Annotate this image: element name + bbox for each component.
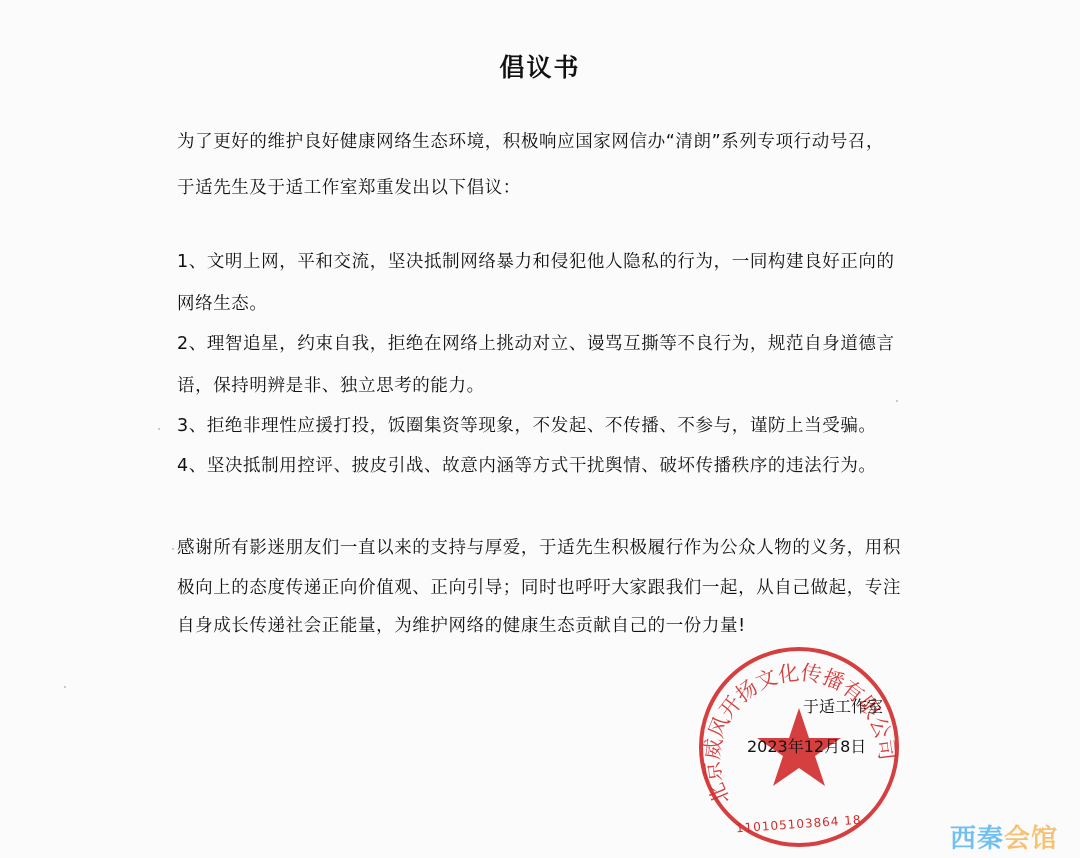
item-2-line-1: 2、理智追星，约束自我，拒绝在网络上挑动对立、谩骂互撕等不良行为，规范自身道德言	[177, 330, 895, 355]
item-1-line-1: 1、文明上网，平和交流，坚决抵制网络暴力和侵犯他人隐私的行为，一同构建良好正向的	[177, 248, 895, 273]
closing-line-3: 自身成长传递社会正能量，为维护网络的健康生态贡献自己的一份力量!	[177, 612, 746, 637]
scan-speck	[64, 686, 66, 688]
item-3-line-1: 3、拒绝非理性应援打投，饭圈集资等现象，不发起、不传播、不参与，谨防上当受骗。	[177, 412, 877, 437]
scan-speck	[172, 548, 174, 550]
signature-date: 2023年12月8日	[747, 734, 866, 757]
intro-line-1: 为了更好的维护良好健康网络生态环境，积极响应国家网信办“清朗”系列专项行动号召，	[177, 128, 884, 153]
item-1-line-2: 网络生态。	[177, 290, 268, 315]
scan-speck	[896, 400, 898, 402]
item-2-line-2: 语，保持明辨是非、独立思考的能力。	[177, 372, 485, 397]
watermark-logo: 西秦会馆	[950, 818, 1058, 855]
watermark-part-2: 会馆	[1004, 824, 1058, 854]
scan-speck	[158, 428, 160, 430]
svg-text:110105103864 18: 110105103864 18	[736, 813, 862, 836]
signature-org: 于适工作室	[803, 694, 883, 717]
closing-line-2: 极向上的态度传递正向价值观、正向引导；同时也呼吁大家跟我们一起，从自己做起，专注	[177, 574, 901, 599]
intro-line-2: 于适先生及于适工作室郑重发出以下倡议：	[177, 174, 521, 199]
item-4-line-1: 4、坚决抵制用控评、披皮引战、故意内涵等方式干扰舆情、破坏传播秩序的违法行为。	[177, 452, 877, 477]
closing-line-1: 感谢所有影迷朋友们一直以来的支持与厚爱，于适先生积极履行作为公众人物的义务，用积	[177, 534, 901, 559]
document-title: 倡议书	[0, 48, 1080, 84]
watermark-part-1: 西秦	[950, 824, 1004, 854]
